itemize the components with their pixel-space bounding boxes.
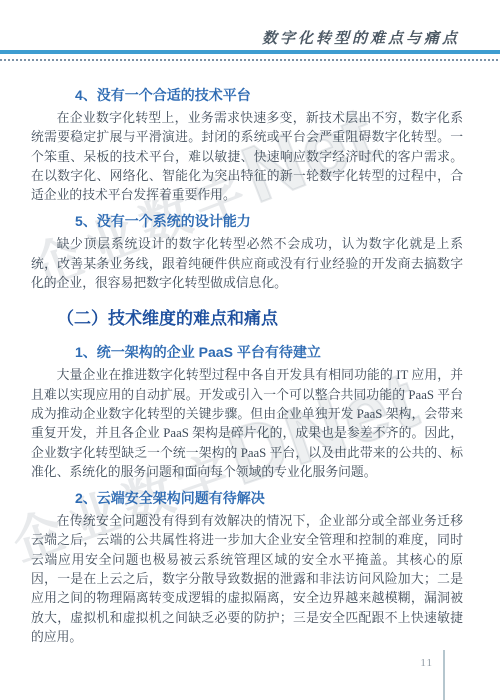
section-heading-technical-dimension: （二）技术维度的难点和痛点 bbox=[31, 309, 463, 329]
header-rule-dotted bbox=[0, 59, 500, 61]
paragraph-cloud-security: 在传统安全问题没有得到有效解决的情况下，企业部分或全部业务迁移云端之后，云端的公… bbox=[31, 512, 463, 647]
header-rule-solid bbox=[0, 50, 500, 54]
paragraph-4: 在企业数字化转型上，业务需求快速多变，新技术层出不穷，数字化系统需要稳定扩展与平… bbox=[31, 109, 463, 205]
document-page: 数字化转型的难点与痛点 企业数字Net 企业数字DNet 4、没有一个合适的技术… bbox=[0, 0, 500, 700]
subheading-2-cloud-security-architecture: 2、云端安全架构问题有待解决 bbox=[31, 491, 463, 506]
paragraph-5: 缺少顶层系统设计的数字化转型必然不会成功，认为数字化就是上系统，改善某条业务线，… bbox=[31, 235, 463, 293]
page-edge-rule bbox=[443, 650, 445, 700]
document-body: 4、没有一个合适的技术平台 在企业数字化转型上，业务需求快速多变，新技术层出不穷… bbox=[31, 80, 463, 647]
page-number: 11 bbox=[420, 657, 433, 669]
subheading-5-no-system-design-capability: 5、没有一个系统的设计能力 bbox=[31, 214, 463, 229]
paragraph-paas: 大量企业在推进数字化转型过程中各自开发具有相同功能的 IT 应用，并且难以实现应… bbox=[31, 366, 463, 482]
running-header-title: 数字化转型的难点与痛点 bbox=[262, 27, 460, 48]
subheading-4-no-suitable-platform: 4、没有一个合适的技术平台 bbox=[31, 88, 463, 103]
subheading-1-unified-paas-platform: 1、统一架构的企业 PaaS 平台有待建立 bbox=[31, 345, 463, 360]
